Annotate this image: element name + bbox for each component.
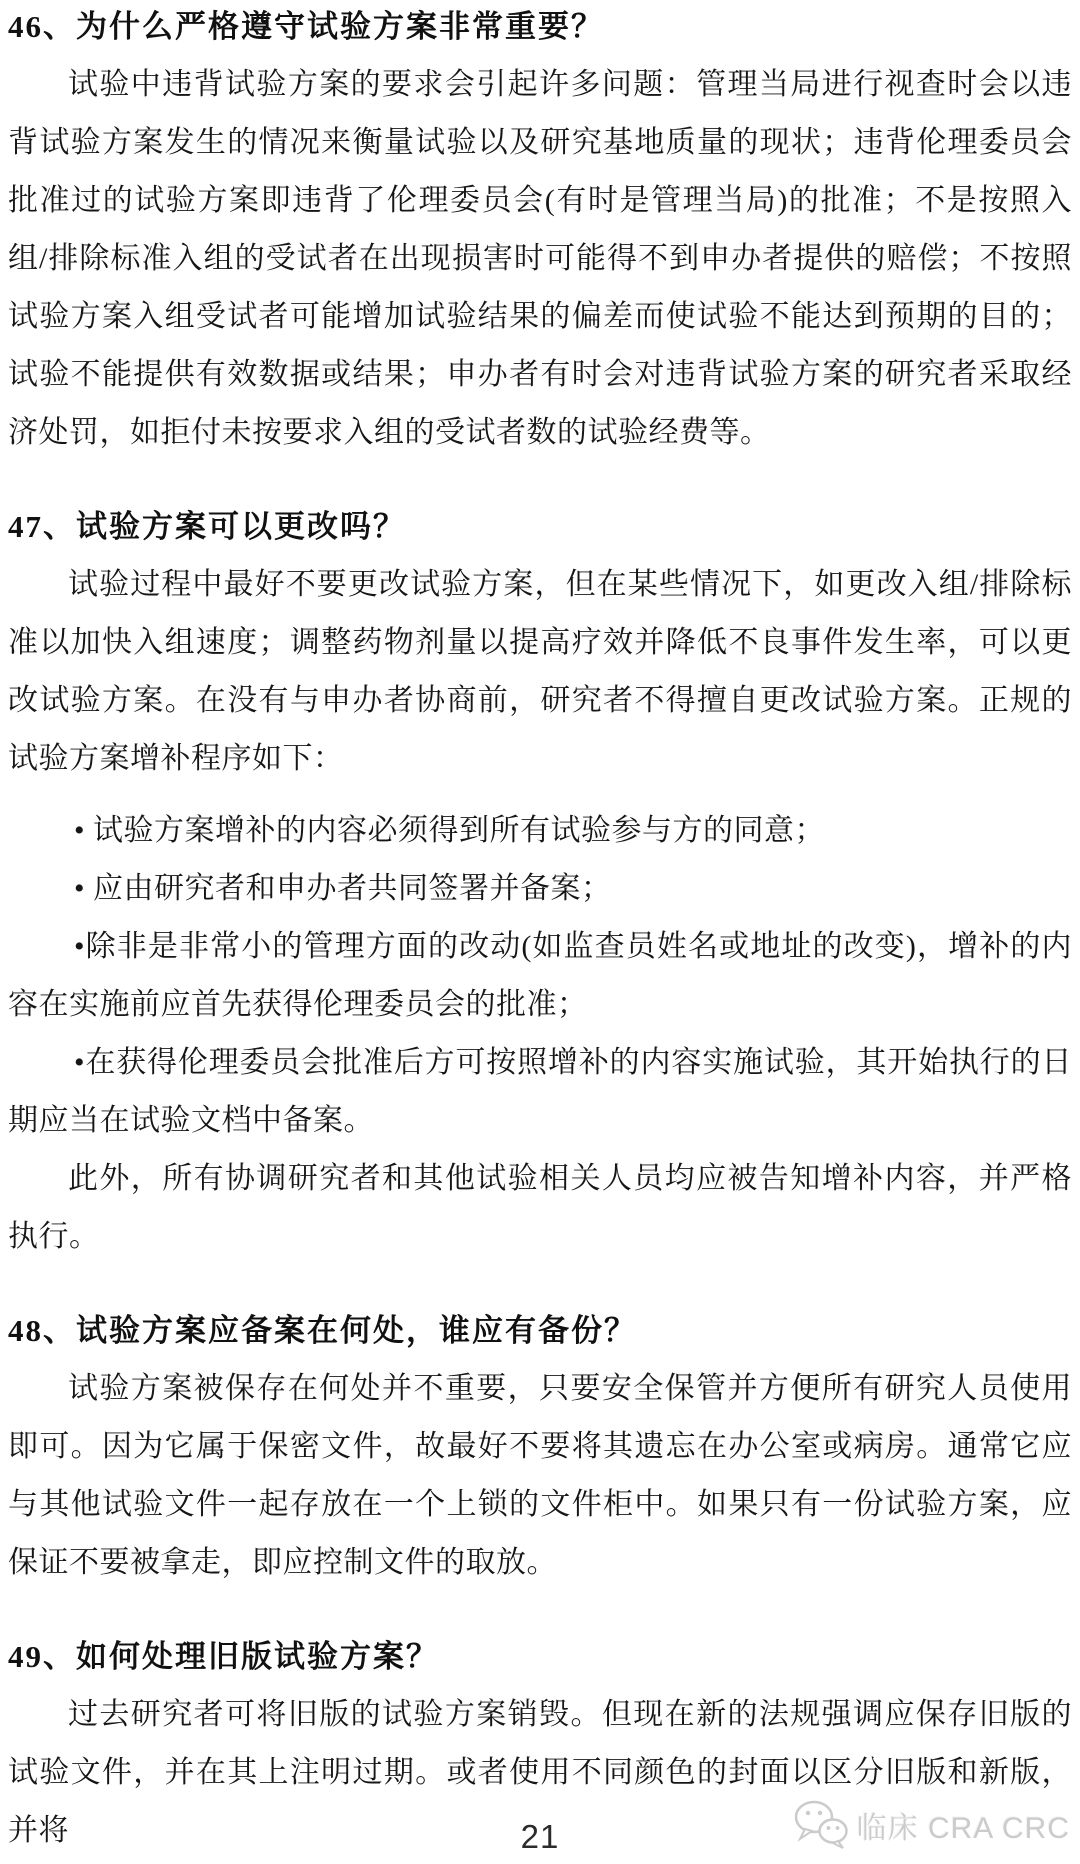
question-48-answer: 试验方案被保存在何处并不重要，只要安全保管并方便所有研究人员使用即可。因为它属于… [8,1360,1072,1592]
question-47-answer: 试验过程中最好不要更改试验方案，但在某些情况下，如更改入组/排除标准以加快入组速… [8,556,1072,788]
question-46-heading: 46、为什么严格遵守试验方案非常重要？ [8,0,1072,56]
question-46-answer: 试验中违背试验方案的要求会引起许多问题：管理当局进行视查时会以违背试验方案发生的… [8,56,1072,462]
document-body: 46、为什么严格遵守试验方案非常重要？ 试验中违背试验方案的要求会引起许多问题：… [8,0,1072,1860]
page-number: 21 [0,1818,1080,1856]
bullet-item: •除非是非常小的管理方面的改动(如监查员姓名或地址的改变)，增补的内容在实施前应… [8,918,1072,1034]
question-47-heading: 47、试验方案可以更改吗？ [8,498,1072,556]
question-48-heading: 48、试验方案应备案在何处，谁应有备份？ [8,1302,1072,1360]
document-page: { "document": { "blocks": [ { "type": "h… [0,0,1080,1864]
bullet-item: • 试验方案增补的内容必须得到所有试验参与方的同意； [8,802,1072,860]
bullet-item: •在获得伦理委员会批准后方可按照增补的内容实施试验，其开始执行的日期应当在试验文… [8,1034,1072,1150]
question-49-heading: 49、如何处理旧版试验方案？ [8,1628,1072,1686]
question-47-closing: 此外，所有协调研究者和其他试验相关人员均应被告知增补内容，并严格执行。 [8,1150,1072,1266]
bullet-item: • 应由研究者和申办者共同签署并备案； [8,860,1072,918]
